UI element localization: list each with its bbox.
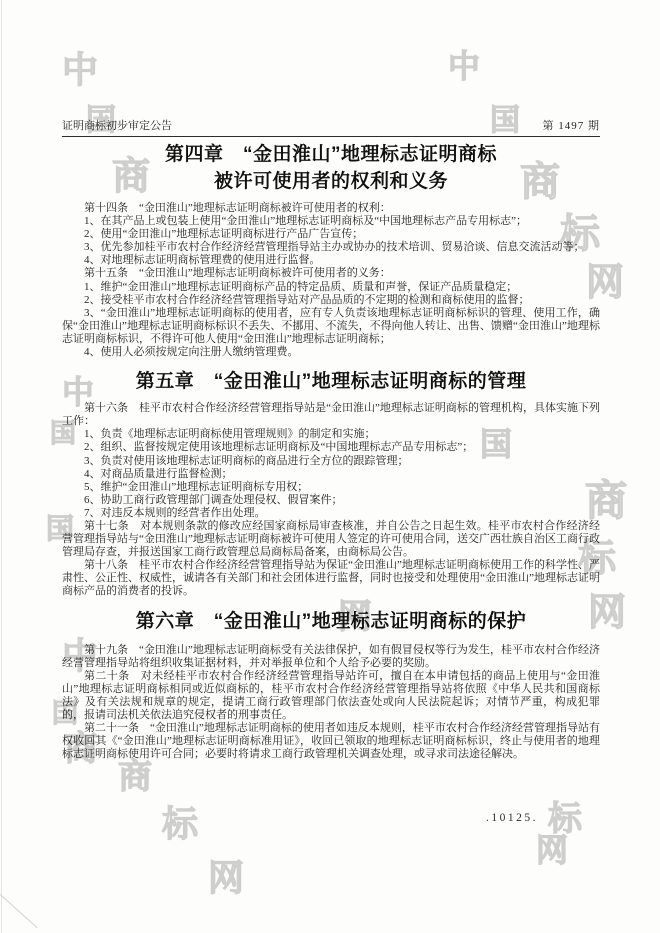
paragraph: 第十六条 桂平市农村合作经济经营管理指导站是“金田淮山”地理标志证明商标的管理机… <box>62 402 600 428</box>
paragraph: 第十五条 “金田淮山”地理标志证明商标被许可使用者的义务： <box>62 267 600 280</box>
issue-number: 第 1497 期 <box>543 119 601 133</box>
chapter-4-title-line-1: 第四章 “金田淮山”地理标志证明商标 <box>62 141 600 168</box>
paragraph: 7、对违反本规则的经营者作出处理。 <box>62 507 600 520</box>
paragraph: 4、使用人必须按规定向注册人缴纳管理费。 <box>62 346 600 359</box>
watermark-glyph: 网 <box>536 834 568 866</box>
paragraph: 1、负责《地理标志证明商标使用管理规则》的制定和实施； <box>62 428 600 441</box>
paragraph: 3、负责对使用该地理标志证明商标的商品进行全方位的跟踪管理； <box>62 455 600 468</box>
paragraph: 1、在其产品上或包装上使用“金田淮山”地理标志证明商标及“中国地理标志产品专用标… <box>62 215 600 228</box>
paragraph: 4、对地理标志证明商标管理费的使用进行监督。 <box>62 254 600 267</box>
paragraph: 2、使用“金田淮山”地理标志证明商标进行产品广告宣传； <box>62 228 600 241</box>
scanned-document-page: 中 国 商 中 国 商 标 网 中 国 国 国 商 标 网 网 中 国 商 商 … <box>0 0 660 933</box>
paragraph: 1、维护“金田淮山”地理标志证明商标产品的特定品质、质量和声誉，保证产品质量稳定… <box>62 281 600 294</box>
scan-edge-line <box>1 0 2 933</box>
chapter-6-body: 第十九条 “金田淮山”地理标志证明商标受有关法律保护，如有假冒侵权等行为发生，桂… <box>62 644 600 762</box>
paragraph: 4、对商品质量进行监督检测； <box>62 468 600 481</box>
paragraph: 5、维护“金田淮山”地理标志证明商标专用权； <box>62 481 600 494</box>
chapter-5-body: 第十六条 桂平市农村合作经济经营管理指导站是“金田淮山”地理标志证明商标的管理机… <box>62 402 600 598</box>
paragraph: 6、协助工商行政管理部门调查处理侵权、假冒案件； <box>62 494 600 507</box>
paragraph: 第十八条 桂平市农村合作经济经营管理指导站为保证“金田淮山”地理标志证明商标使用… <box>62 559 600 598</box>
watermark-glyph: 网 <box>208 860 244 896</box>
watermark-glyph: 商 <box>118 760 152 794</box>
chapter-4-title: 第四章 “金田淮山”地理标志证明商标 被许可使用者的权利和义务 <box>62 141 600 195</box>
chapter-4-body: 第十四条 “金田淮山”地理标志证明商标被许可使用者的权利： 1、在其产品上或包装… <box>62 202 600 359</box>
publication-title: 证明商标初步审定公告 <box>62 119 172 133</box>
chapter-6-title: 第六章 “金田淮山”地理标志证明商标的保护 <box>62 608 600 635</box>
page-header: 证明商标初步审定公告 第 1497 期 <box>62 119 600 137</box>
document-content: 证明商标初步审定公告 第 1497 期 第四章 “金田淮山”地理标志证明商标 被… <box>62 0 600 761</box>
paragraph: 第二十一条 “金田淮山”地理标志证明商标的使用者如违反本规则，桂平市农村合作经济… <box>62 722 600 761</box>
paragraph: 3、优先参加桂平市农村合作经济经营管理指导站主办或协办的技术培训、贸易洽谈、信息… <box>62 241 600 254</box>
scan-fold-mark <box>0 893 38 929</box>
paragraph: 第二十条 对未经桂平市农村合作经济经营管理指导站许可，擅自在本申请包括的商品上使… <box>62 670 600 722</box>
paragraph: 第十九条 “金田淮山”地理标志证明商标受有关法律保护，如有假冒侵权等行为发生，桂… <box>62 644 600 670</box>
watermark-glyph: 标 <box>162 806 198 842</box>
page-number: .10125. <box>486 812 538 824</box>
paragraph: 第十四条 “金田淮山”地理标志证明商标被许可使用者的权利： <box>62 202 600 215</box>
watermark-glyph: 标 <box>548 802 582 836</box>
paragraph: 第十七条 对本规则条款的修改应经国家商标局审查核准，并自公告之日起生效。桂平市农… <box>62 520 600 559</box>
chapter-4-title-line-2: 被许可使用者的权利和义务 <box>62 168 600 195</box>
chapter-5-title: 第五章 “金田淮山”地理标志证明商标的管理 <box>62 368 600 395</box>
paragraph: 2、接受桂平市农村合作经济经营管理指导站对产品品质的不定期的检测和商标使用的监督… <box>62 294 600 307</box>
paragraph: 3、“金田淮山”地理标志证明商标的使用者，应有专人负责该地理标志证明商标标识的管… <box>62 307 600 346</box>
paragraph: 2、组织、监督按规定使用该地理标志证明商标及“中国地理标志产品专用标志”； <box>62 441 600 454</box>
